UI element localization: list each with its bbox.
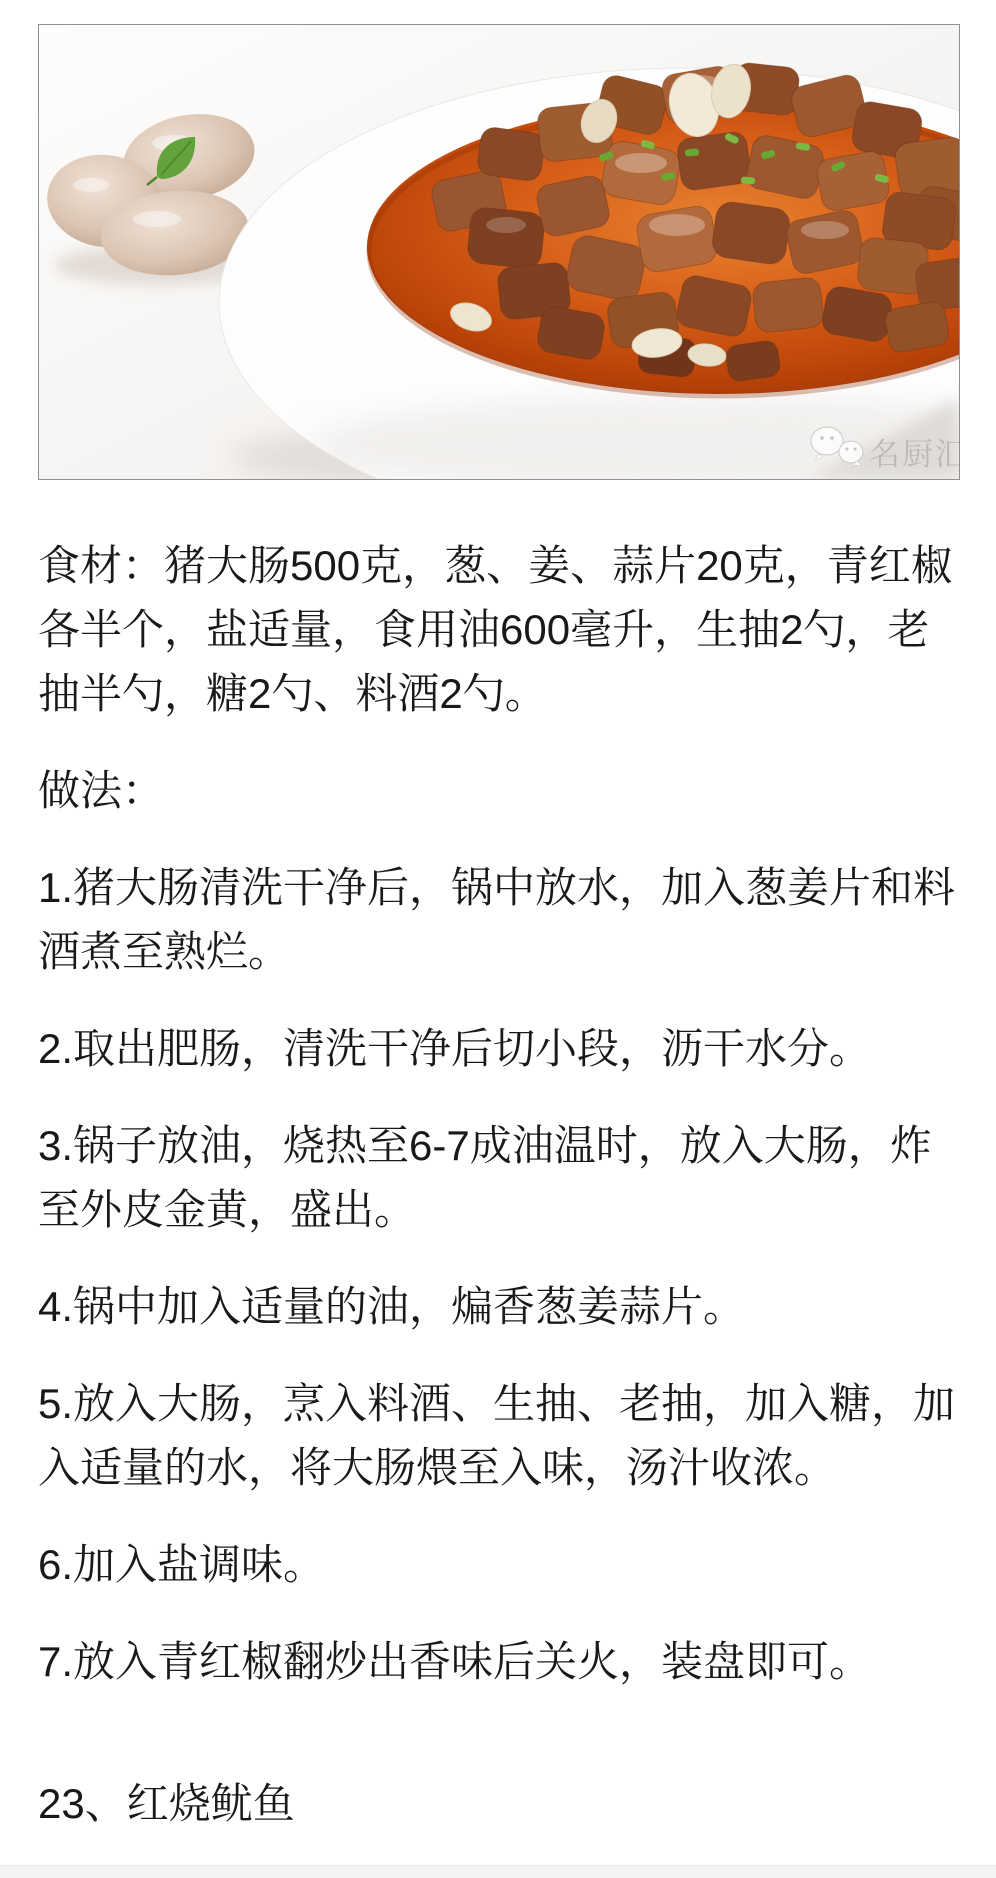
recipe-article-page: 名厨汇 食材：猪大肠500克，葱、姜、蒜片20克，青红椒各半个，盐适量，食用油6… [0,0,996,1878]
recipe-photo: 名厨汇 [38,24,960,480]
step-3: 3.锅子放油，烧热至6-7成油温时，放入大肠，炸至外皮金黄，盛出。 [38,1114,958,1242]
dish-photo-graphic: 名厨汇 [39,25,959,479]
next-recipe-title: 23、红烧鱿鱼 [38,1772,958,1836]
step-5: 5.放入大肠，烹入料酒、生抽、老抽，加入糖，加入适量的水，将大肠煨至入味，汤汁收… [38,1372,958,1500]
ingredients-paragraph: 食材：猪大肠500克，葱、姜、蒜片20克，青红椒各半个，盐适量，食用油600毫升… [38,534,958,726]
watermark-text: 名厨汇 [869,437,959,472]
step-7: 7.放入青红椒翻炒出香味后关火，装盘即可。 [38,1630,958,1694]
step-1: 1.猪大肠清洗干净后，锅中放水，加入葱姜片和料酒煮至熟烂。 [38,856,958,984]
step-4: 4.锅中加入适量的油，煸香葱姜蒜片。 [38,1275,958,1339]
step-6: 6.加入盐调味。 [38,1533,958,1597]
next-image-top-edge [0,1865,996,1878]
method-label: 做法： [38,759,958,823]
recipe-text-block: 食材：猪大肠500克，葱、姜、蒜片20克，青红椒各半个，盐适量，食用油600毫升… [38,480,958,1869]
step-2: 2.取出肥肠，清洗干净后切小段，沥干水分。 [38,1017,958,1081]
